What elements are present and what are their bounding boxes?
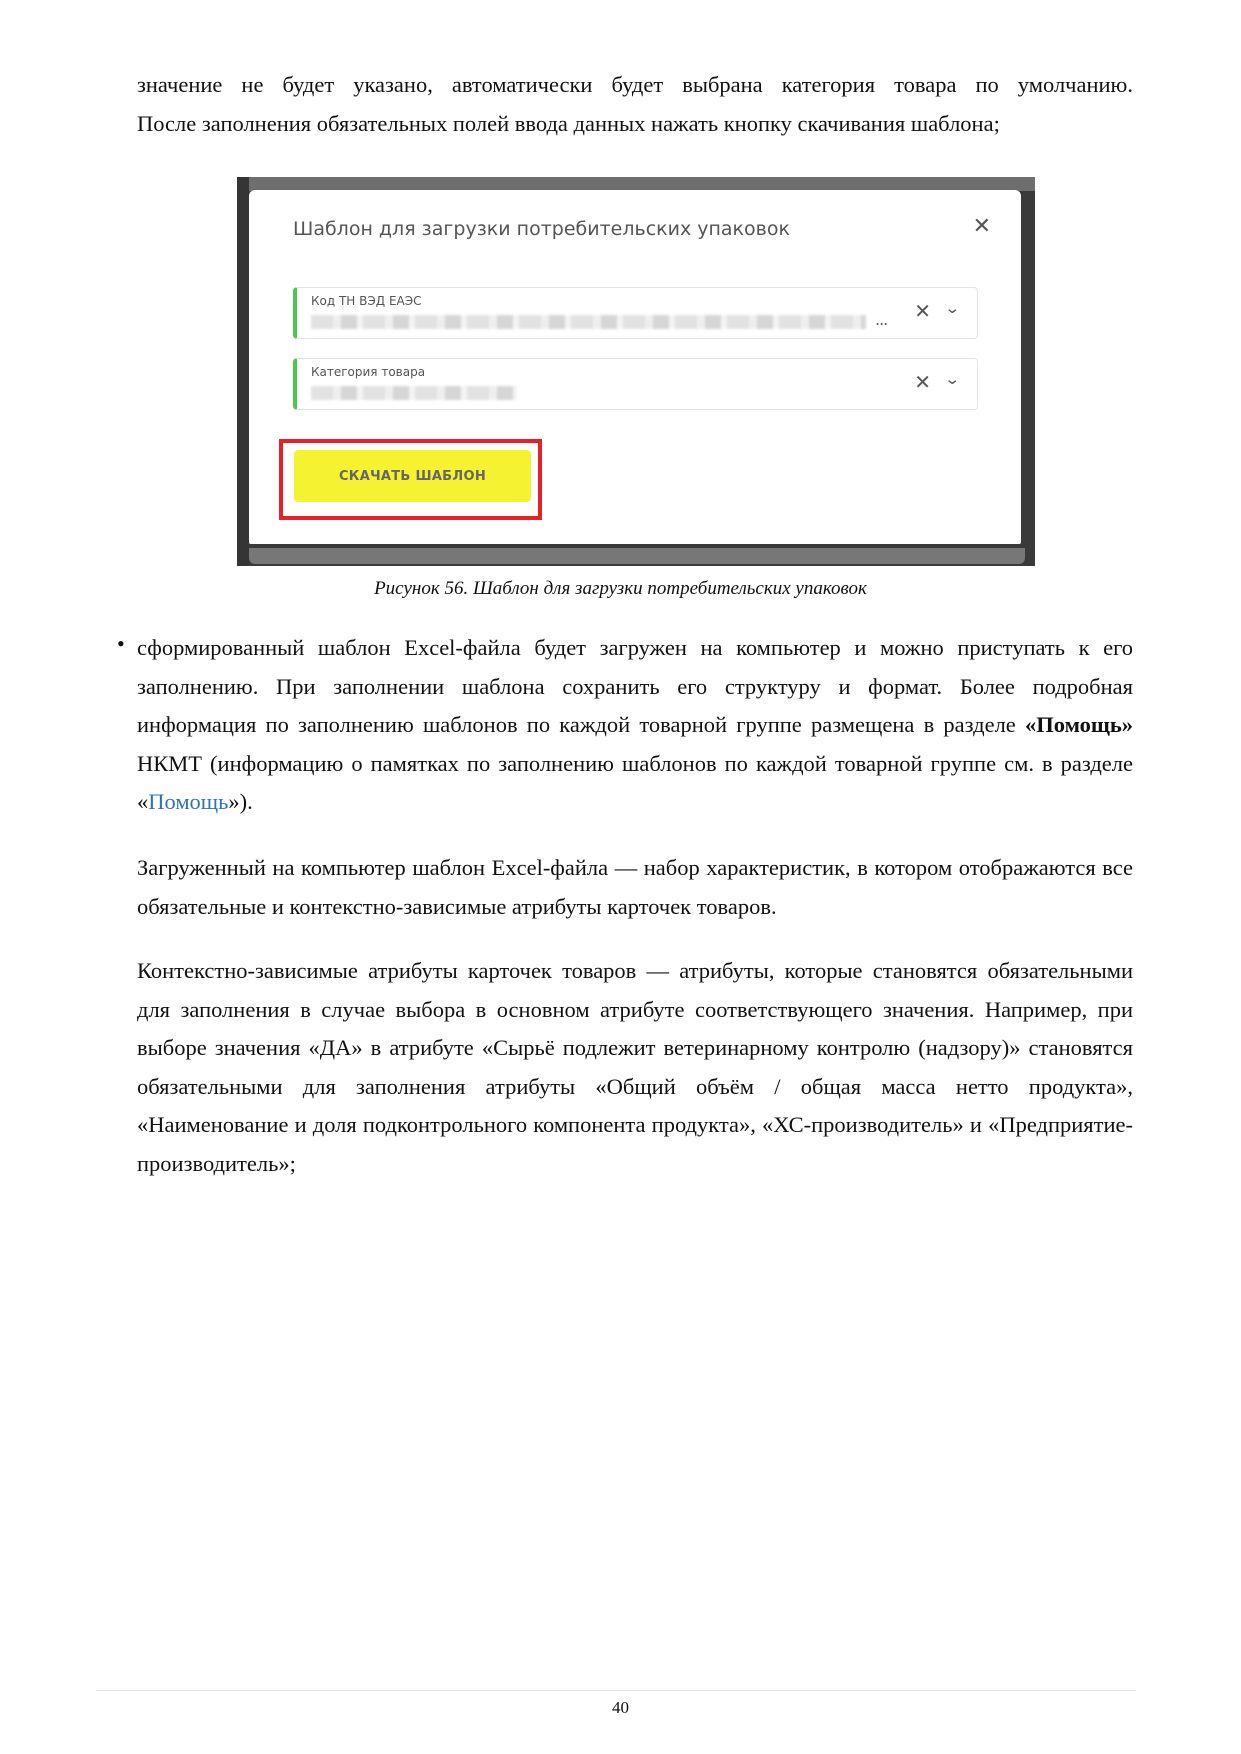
close-icon[interactable]: ✕ <box>914 299 931 323</box>
dialog-screenshot: Шаблон для загрузки потребительских упак… <box>237 177 1035 566</box>
bullet-paragraph: сформированный шаблон Excel-файла будет … <box>137 629 1133 822</box>
close-icon[interactable]: ✕ <box>914 370 931 394</box>
chevron-down-icon[interactable]: ⌄ <box>945 299 961 317</box>
blurred-value <box>311 315 866 329</box>
bullet-text: »). <box>228 789 252 814</box>
overlay-left <box>237 177 249 566</box>
overlay-top <box>237 177 1035 191</box>
product-category-field[interactable]: Категория товара ✕ ⌄ <box>293 358 978 410</box>
template-dialog: Шаблон для загрузки потребительских упак… <box>249 190 1021 544</box>
footer-divider <box>96 1690 1136 1691</box>
paragraph-template: Загруженный на компьютер шаблон Excel-фа… <box>137 849 1133 926</box>
chevron-down-icon[interactable]: ⌄ <box>945 370 961 388</box>
bold-help: «Помощь» <box>1025 712 1133 737</box>
bullet-text: сформированный шаблон Excel-файла будет … <box>137 635 1133 737</box>
figure-caption: Рисунок 56. Шаблон для загрузки потребит… <box>0 578 1241 600</box>
field-label: Код ТН ВЭД ЕАЭС <box>311 294 422 308</box>
intro-line-1: значение не будет указано, автоматически… <box>137 66 1133 105</box>
intro-paragraph: значение не будет указано, автоматически… <box>137 66 1133 143</box>
download-template-button[interactable]: СКАЧАТЬ ШАБЛОН <box>294 450 531 502</box>
blurred-value <box>311 386 517 400</box>
tnved-code-field[interactable]: Код ТН ВЭД ЕАЭС ... ✕ ⌄ <box>293 287 978 339</box>
ellipsis: ... <box>875 310 887 329</box>
help-link[interactable]: Помощь <box>148 789 228 814</box>
overlay-bottom <box>249 548 1025 564</box>
intro-line-2: После заполнения обязательных полей ввод… <box>137 105 1133 144</box>
paragraph-context-attributes: Контекстно-зависимые атрибуты карточек т… <box>137 952 1133 1183</box>
page-number: 40 <box>0 1698 1241 1718</box>
close-icon[interactable]: ✕ <box>973 214 991 239</box>
bullet-text: НКМТ (информацию о памятках по заполнени… <box>137 751 1133 815</box>
dialog-title: Шаблон для загрузки потребительских упак… <box>293 218 790 240</box>
bullet-marker: • <box>117 631 125 657</box>
field-label: Категория товара <box>311 365 425 379</box>
